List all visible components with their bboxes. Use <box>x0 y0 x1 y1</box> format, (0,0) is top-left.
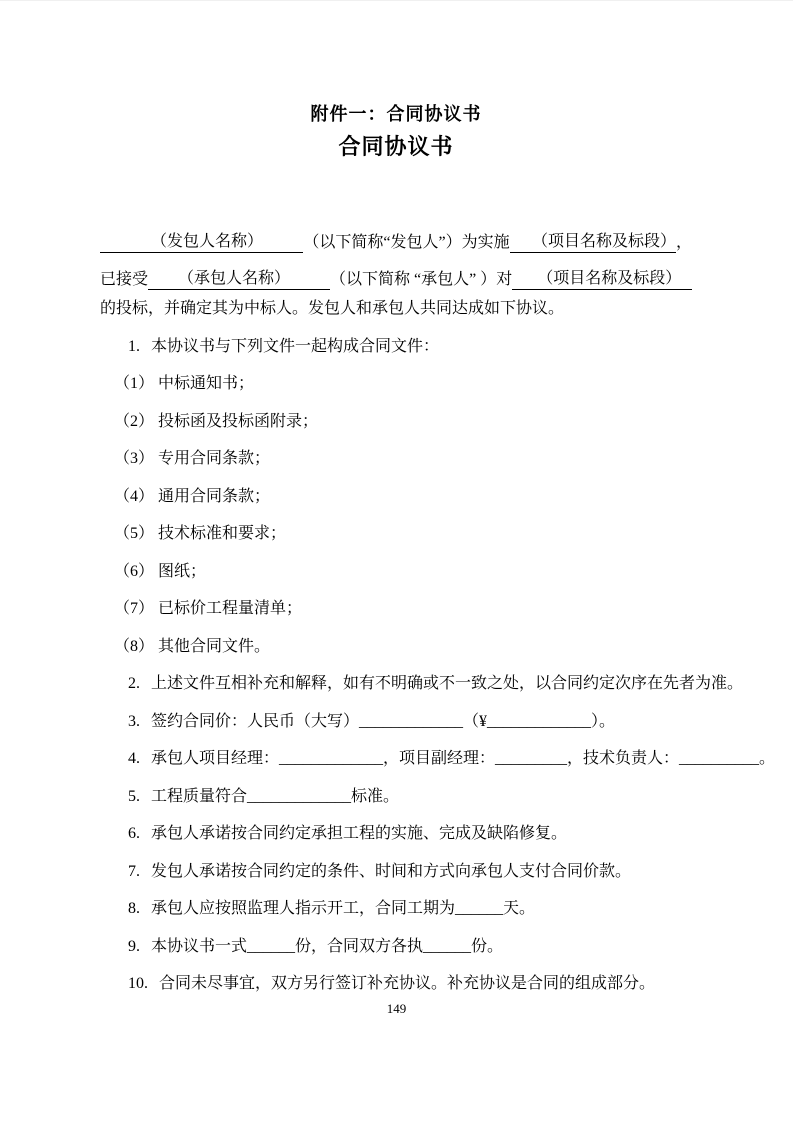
subclause-3: （3）专用合同条款； <box>100 440 692 478</box>
clause-9-number: 9. <box>128 928 140 966</box>
intro-line-1: （发包人名称） （以下简称“发包人”）为实施 （项目名称及标段） ， <box>100 215 692 253</box>
subclause-5: （5）技术标准和要求； <box>100 515 692 553</box>
project-name-2-blank-right <box>681 269 692 290</box>
subclause-3-number: （3） <box>114 440 154 478</box>
employer-name-blank-left <box>100 232 151 253</box>
clause-1-text: 本协议书与下列文件一起构成合同文件： <box>151 338 439 355</box>
clause-4-number: 4. <box>128 740 140 778</box>
project-name-label: （项目名称及标段） <box>532 231 676 253</box>
clause-9: 9.本协议书一式______份，合同双方各执______份。 <box>100 928 692 966</box>
subclause-4-number: （4） <box>114 478 154 516</box>
clause-2-number: 2. <box>128 665 140 703</box>
clause-5-text: 工程质量符合_____________标准。 <box>151 788 399 805</box>
subclause-7: （7）已标价工程量清单； <box>100 590 692 628</box>
intro-text-accepted: 已接受 <box>100 269 148 290</box>
document-content: 附件一：合同协议书 合同协议书 （发包人名称） （以下简称“发包人”）为实施 （… <box>0 1 793 1003</box>
subclause-4: （4）通用合同条款； <box>100 478 692 516</box>
clause-7-number: 7. <box>128 853 140 891</box>
clause-10-text: 合同未尽事宜，双方另行签订补充协议。补充协议是合同的组成部分。 <box>159 975 655 992</box>
project-name-label-2: （项目名称及标段） <box>537 268 681 290</box>
intro-line-2: 已接受 （承包人名称） （以下简称 “承包人” ）对 （项目名称及标段） <box>100 253 692 291</box>
document-title: 合同协议书 <box>100 129 692 165</box>
subclause-2-number: （2） <box>114 403 154 441</box>
project-name-blank-left <box>510 232 532 253</box>
subclause-1: （1）中标通知书； <box>100 365 692 403</box>
project-name-2-blank-left <box>512 269 537 290</box>
employer-name-blank-right <box>263 232 303 253</box>
subclause-3-text: 专用合同条款； <box>158 450 270 467</box>
subclause-6-text: 图纸； <box>158 563 206 580</box>
subclause-6-number: （6） <box>114 553 154 591</box>
clause-6: 6.承包人承诺按合同约定承担工程的实施、完成及缺陷修复。 <box>100 815 692 853</box>
clause-2: 2.上述文件互相补充和解释，如有不明确或不一致之处，以合同约定次序在先者为准。 <box>100 665 692 703</box>
clause-4-text: 承包人项目经理：_____________，项目副经理：_________，技术… <box>151 750 775 767</box>
clause-5: 5.工程质量符合_____________标准。 <box>100 778 692 816</box>
document-page: 附件一：合同协议书 合同协议书 （发包人名称） （以下简称“发包人”）为实施 （… <box>0 0 793 1122</box>
clause-8: 8.承包人应按照监理人指示开工，合同工期为______天。 <box>100 890 692 928</box>
subclause-6: （6）图纸； <box>100 553 692 591</box>
intro-line-3: 的投标，并确定其为中标人。发包人和承包人共同达成如下协议。 <box>100 290 692 328</box>
subclause-7-number: （7） <box>114 590 154 628</box>
subclause-1-text: 中标通知书； <box>158 375 254 392</box>
clause-5-number: 5. <box>128 778 140 816</box>
clause-6-text: 承包人承诺按合同约定承担工程的实施、完成及缺陷修复。 <box>151 825 567 842</box>
subclause-2-text: 投标函及投标函附录； <box>158 413 318 430</box>
subclause-5-text: 技术标准和要求； <box>158 525 286 542</box>
clause-8-number: 8. <box>128 890 140 928</box>
clause-3: 3.签约合同价：人民币（大写）_____________（¥__________… <box>100 703 692 741</box>
subclause-8-number: （8） <box>114 628 154 666</box>
clause-10: 10.合同未尽事宜，双方另行签订补充协议。补充协议是合同的组成部分。 <box>100 965 692 1003</box>
subclause-8-text: 其他合同文件。 <box>158 638 270 655</box>
contractor-name-blank-left <box>148 269 178 290</box>
subclause-7-text: 已标价工程量清单； <box>158 600 302 617</box>
contractor-name-label: （承包人名称） <box>178 268 290 290</box>
clause-7: 7.发包人承诺按合同约定的条件、时间和方式向承包人支付合同价款。 <box>100 853 692 891</box>
subclause-8: （8）其他合同文件。 <box>100 628 692 666</box>
intro-comma: ， <box>676 232 692 253</box>
intro-paragraph: （发包人名称） （以下简称“发包人”）为实施 （项目名称及标段） ， 已接受 （… <box>100 215 692 328</box>
clause-1: 1.本协议书与下列文件一起构成合同文件： <box>100 328 692 366</box>
subclause-2: （2）投标函及投标函附录； <box>100 403 692 441</box>
clause-1-number: 1. <box>128 328 140 366</box>
subclause-1-number: （1） <box>114 365 154 403</box>
clause-9-text: 本协议书一式______份，合同双方各执______份。 <box>151 938 503 955</box>
subclause-5-number: （5） <box>114 515 154 553</box>
clause-2-text: 上述文件互相补充和解释，如有不明确或不一致之处，以合同约定次序在先者为准。 <box>151 675 743 692</box>
intro-text-after-contractor: （以下简称 “承包人” ）对 <box>330 269 512 290</box>
page-number: 149 <box>0 1001 793 1017</box>
clause-3-number: 3. <box>128 703 140 741</box>
subclause-4-text: 通用合同条款； <box>158 488 270 505</box>
clause-8-text: 承包人应按照监理人指示开工，合同工期为______天。 <box>151 900 535 917</box>
clause-4: 4.承包人项目经理：_____________，项目副经理：_________，… <box>100 740 692 778</box>
employer-name-label: （发包人名称） <box>151 231 263 253</box>
clause-3-text: 签约合同价：人民币（大写）_____________（¥____________… <box>151 713 615 730</box>
clause-7-text: 发包人承诺按合同约定的条件、时间和方式向承包人支付合同价款。 <box>151 863 631 880</box>
clause-6-number: 6. <box>128 815 140 853</box>
contractor-name-blank-right <box>290 269 330 290</box>
intro-text-after-employer: （以下简称“发包人”）为实施 <box>303 232 509 253</box>
attachment-title: 附件一：合同协议书 <box>100 99 692 129</box>
clause-10-number: 10. <box>128 965 148 1003</box>
